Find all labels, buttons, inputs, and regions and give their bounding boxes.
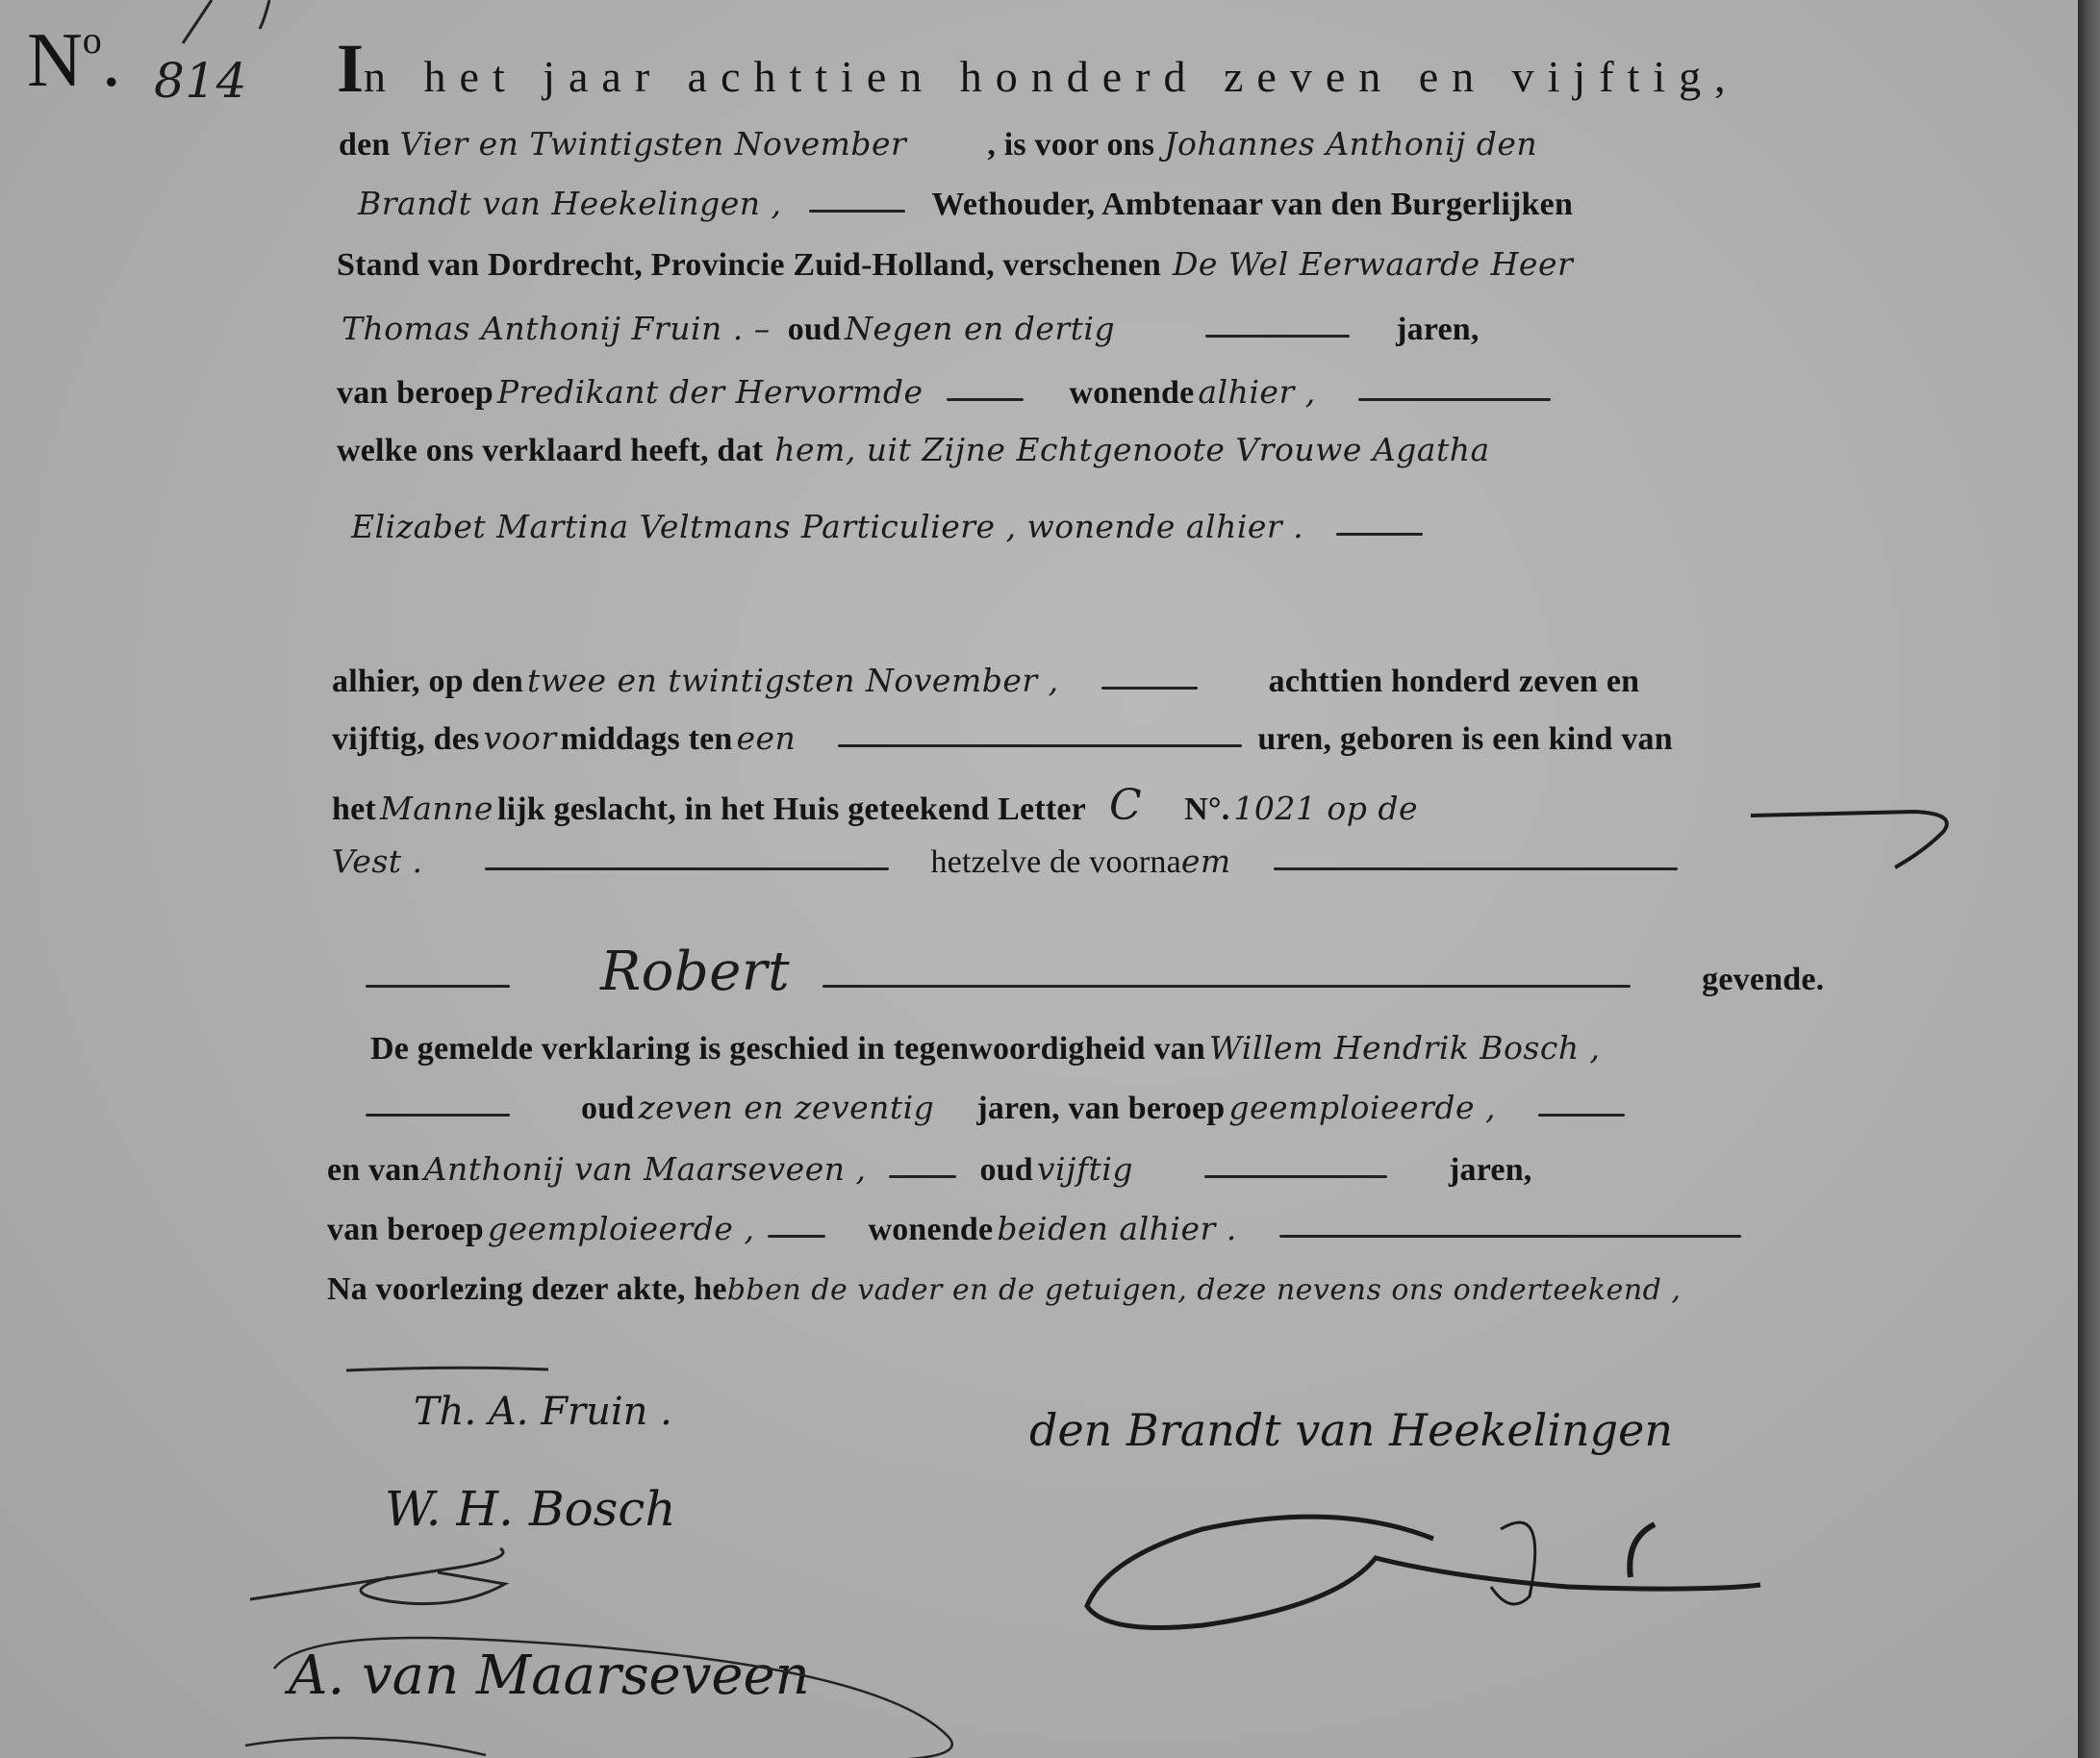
filler-dash — [768, 1235, 825, 1238]
filler-dash — [485, 867, 889, 870]
witness2-profession-line: van beroep geemploieerde , wonende beide… — [327, 1210, 1741, 1248]
declaration-line: welke ons verklaard heeft, dat hem, uit … — [337, 431, 1490, 469]
filler-dash — [838, 744, 1242, 747]
birth-date: twee en twintigsten November , — [527, 662, 1059, 699]
filler-dash — [366, 1114, 510, 1117]
filler-dash — [822, 985, 1631, 988]
page-binding-edge — [2078, 0, 2100, 1758]
birth-time-line: vijftig, des voor middags ten een uren, … — [332, 719, 1673, 758]
handwritten-date: Vier en Twintigsten November — [400, 125, 907, 163]
ink-flourish — [1751, 808, 1972, 875]
witnesses-residence: beiden alhier . — [997, 1210, 1236, 1247]
signature-flourish — [1087, 1481, 1818, 1645]
act-number: 814 — [154, 53, 247, 109]
witness1-profession: geemploieerde , — [1228, 1089, 1496, 1126]
filler-dash — [1336, 533, 1423, 536]
sex-address-line: het Manne lijk geslacht, in het Huis get… — [332, 781, 1418, 830]
signature-official: den Brandt van Heekelingen — [1029, 1404, 1673, 1456]
filler-dash — [1274, 867, 1678, 870]
house-letter: C — [1109, 781, 1142, 830]
father-profession: Predikant der Hervormde — [497, 373, 923, 411]
closing-line: Na voorlezing dezer akte, hebben de vade… — [327, 1271, 1681, 1308]
signature-underline — [346, 1366, 558, 1377]
opening-line: In het jaar achttien honderd zeven en vi… — [337, 29, 1739, 109]
appearance-line: Stand van Dordrecht, Provincie Zuid-Holl… — [337, 245, 1573, 284]
birth-hour: een — [737, 719, 797, 757]
father-line: Thomas Anthonij Fruin . – oud Negen en d… — [342, 310, 1480, 348]
witness1-line: oud zeven en zeventig jaren, van beroep … — [366, 1089, 1625, 1127]
child-sex: Manne — [380, 790, 493, 827]
drop-initial: I — [337, 30, 364, 107]
filler-dash — [889, 1175, 956, 1178]
witness2-profession: geemploieerde , — [488, 1210, 755, 1247]
filler-dash — [1538, 1114, 1625, 1117]
official-line: Brandt van Heekelingen , Wethouder, Ambt… — [358, 185, 1573, 223]
father-age: Negen en dertig — [845, 310, 1115, 347]
act-number-label: No. — [27, 17, 121, 105]
filler-dash — [366, 985, 510, 988]
mother-line: Elizabet Martina Veltmans Particuliere ,… — [351, 508, 1423, 545]
signature-flourish — [245, 1544, 534, 1611]
witness2-age: vijftig — [1037, 1150, 1133, 1188]
signature-father: Th. A. Fruin . — [414, 1390, 672, 1434]
filler-dash — [1358, 398, 1551, 401]
filler-dash — [1205, 335, 1350, 338]
handwritten-official-name: Johannes Anthonij den — [1164, 125, 1537, 163]
filler-dash — [1101, 687, 1198, 690]
birth-date-line: alhier, op den twee en twintigsten Novem… — [332, 662, 1639, 700]
document-page: No. 814 In het jaar achttien honderd zev… — [0, 0, 2078, 1758]
ink-stroke — [173, 0, 289, 48]
witness1-age: zeven en zeventig — [638, 1089, 934, 1126]
witness-intro-line: De gemelde verklaring is geschied in teg… — [370, 1029, 1601, 1067]
filler-dash — [1204, 1175, 1387, 1178]
witness2-line: en van Anthonij van Maarseveen , oud vij… — [327, 1150, 1532, 1189]
child-name: Robert — [600, 941, 790, 1003]
name-intro-line: Vest . hetzelve de voornaem — [332, 842, 1678, 881]
date-line: den Vier en Twintigsten November , is vo… — [339, 125, 1537, 163]
witness1-name: Willem Hendrik Bosch , — [1209, 1029, 1601, 1067]
filler-dash — [1279, 1235, 1741, 1238]
filler-dash — [809, 210, 905, 213]
child-name-line: Robert gevende. — [366, 941, 1824, 1003]
witness2-name: Anthonij van Maarseveen , — [424, 1150, 867, 1188]
filler-dash — [947, 398, 1024, 401]
signature-flourish — [245, 1620, 1092, 1758]
house-number: 1021 op de — [1233, 790, 1418, 827]
profession-line: van beroep Predikant der Hervormde wonen… — [337, 373, 1551, 412]
father-name: Thomas Anthonij Fruin . – — [342, 310, 771, 347]
mother-name: Elizabet Martina Veltmans Particuliere ,… — [351, 508, 1303, 545]
signature-witness1: W. H. Bosch — [385, 1481, 676, 1537]
